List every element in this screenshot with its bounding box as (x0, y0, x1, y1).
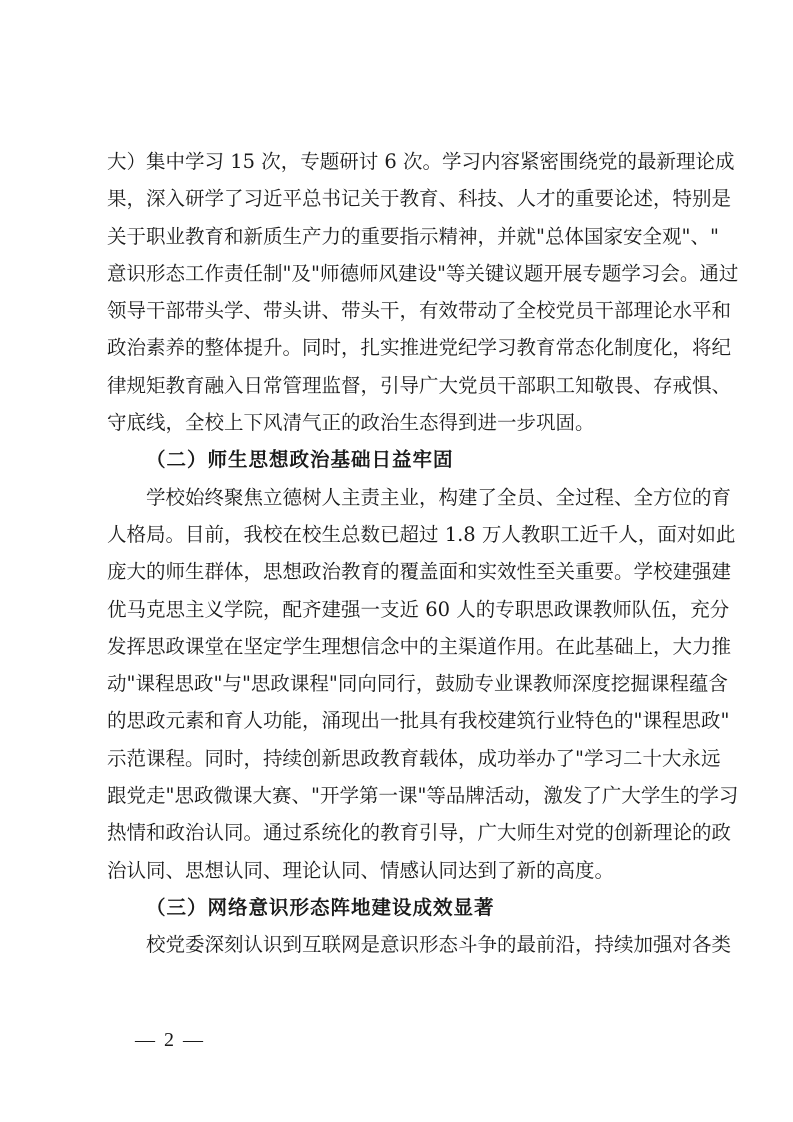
text-line: 庞大的师生群体，思想政治教育的覆盖面和实效性至关重要。学校建强建 (107, 553, 693, 590)
paragraph-ideological-foundation: 学校始终聚焦立德树人主责主业，构建了全员、全过程、全方位的育 人格局。目前，我校… (107, 479, 693, 889)
text-line: 发挥思政课堂在坚定学生理想信念中的主渠道作用。在此基础上，大力推 (107, 628, 693, 665)
section-heading-3: （三）网络意识形态阵地建设成效显著 (107, 889, 693, 926)
text-line: 热情和政治认同。通过系统化的教育引导，广大师生对党的创新理论的政 (107, 814, 693, 851)
document-page: 大）集中学习 15 次，专题研讨 6 次。学习内容紧密围绕党的最新理论成 果，深… (0, 0, 793, 1122)
text-line: 政治素养的整体提升。同时，扎实推进党纪学习教育常态化制度化，将纪 (107, 329, 693, 366)
text-line: 动"课程思政"与"思政课程"同向同行，鼓励专业课教师深度挖掘课程蕴含 (107, 665, 693, 702)
text-line: 学校始终聚焦立德树人主责主业，构建了全员、全过程、全方位的育 (107, 479, 693, 516)
text-line: 人格局。目前，我校在校生总数已超过 1.8 万人教职工近千人，面对如此 (107, 516, 693, 553)
text-line: 关于职业教育和新质生产力的重要指示精神，并就"总体国家安全观"、" (107, 218, 693, 255)
text-line: 校党委深刻认识到互联网是意识形态斗争的最前沿，持续加强对各类 (107, 926, 693, 963)
text-line: 优马克思主义学院，配齐建强一支近 60 人的专职思政课教师队伍，充分 (107, 591, 693, 628)
document-body: 大）集中学习 15 次，专题研讨 6 次。学习内容紧密围绕党的最新理论成 果，深… (107, 143, 693, 964)
text-line: 果，深入研学了习近平总书记关于教育、科技、人才的重要论述，特别是 (107, 180, 693, 217)
paragraph-study-summary: 大）集中学习 15 次，专题研讨 6 次。学习内容紧密围绕党的最新理论成 果，深… (107, 143, 693, 441)
text-line: 治认同、思想认同、理论认同、情感认同达到了新的高度。 (107, 852, 693, 889)
paragraph-network-ideology: 校党委深刻认识到互联网是意识形态斗争的最前沿，持续加强对各类 (107, 926, 693, 963)
text-line: 跟党走"思政微课大赛、"开学第一课"等品牌活动，激发了广大学生的学习 (107, 777, 693, 814)
text-line: 大）集中学习 15 次，专题研讨 6 次。学习内容紧密围绕党的最新理论成 (107, 143, 693, 180)
text-line: 意识形态工作责任制"及"师德师风建设"等关键议题开展专题学习会。通过 (107, 255, 693, 292)
text-line: 守底线，全校上下风清气正的政治生态得到进一步巩固。 (107, 404, 693, 441)
page-number: — 2 — (135, 1026, 205, 1054)
section-heading-2: （二）师生思想政治基础日益牢固 (107, 441, 693, 478)
text-line: 示范课程。同时，持续创新思政教育载体，成功举办了"学习二十大永远 (107, 740, 693, 777)
text-line: 领导干部带头学、带头讲、带头干，有效带动了全校党员干部理论水平和 (107, 292, 693, 329)
text-line: 律规矩教育融入日常管理监督，引导广大党员干部职工知敬畏、存戒惧、 (107, 367, 693, 404)
text-line: 的思政元素和育人功能，涌现出一批具有我校建筑行业特色的"课程思政" (107, 702, 693, 739)
